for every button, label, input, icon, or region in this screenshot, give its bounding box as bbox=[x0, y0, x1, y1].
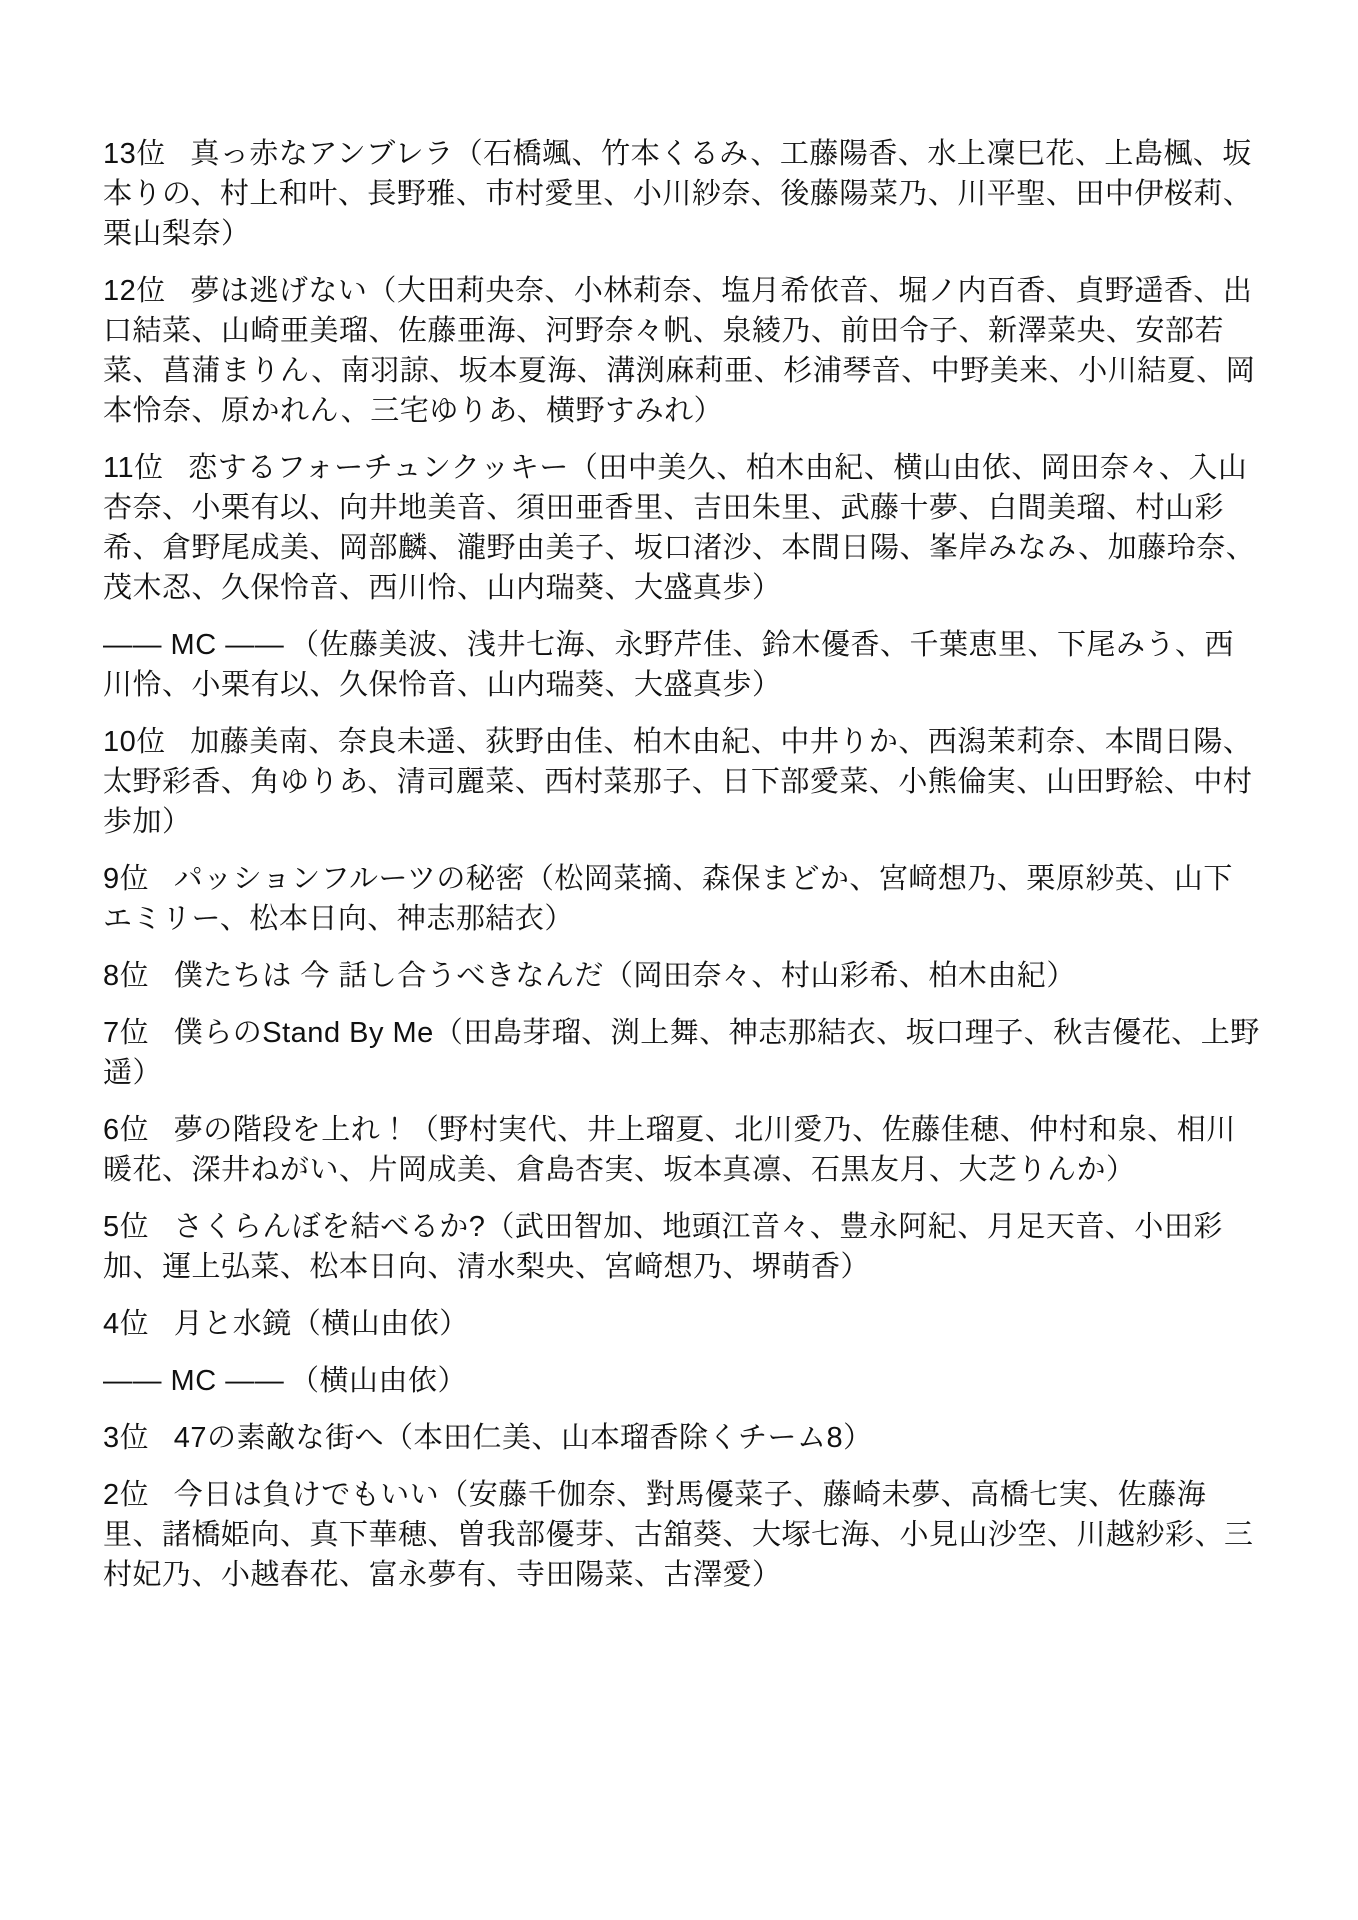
entry-rank-label: 8位 bbox=[103, 960, 149, 992]
entry-text: 真っ赤なアンブレラ（石橋颯、竹本くるみ、工藤陽香、水上凜巳花、上島楓、坂本りの、… bbox=[103, 138, 1252, 250]
ranking-entry: 12位夢は逃げない（大田莉央奈、小林莉奈、塩月希依音、堀ノ内百香、貞野遥香、出口… bbox=[103, 271, 1260, 431]
entry-rank-label: —— MC —— bbox=[103, 629, 284, 661]
entry-rank-label: 10位 bbox=[103, 726, 166, 758]
entry-rank-label: 5位 bbox=[103, 1211, 149, 1243]
ranking-entry: 3位47の素敵な街へ（本田仁美、山本瑠香除くチーム8） bbox=[103, 1418, 1260, 1458]
entry-rank-label: 12位 bbox=[103, 275, 166, 307]
ranking-entry: 13位真っ赤なアンブレラ（石橋颯、竹本くるみ、工藤陽香、水上凜巳花、上島楓、坂本… bbox=[103, 134, 1260, 254]
entry-text: 僕らのStand By Me（田島芽瑠、渕上舞、神志那結衣、坂口理子、秋吉優花、… bbox=[103, 1017, 1260, 1089]
entry-rank-label: 13位 bbox=[103, 138, 166, 170]
entry-rank-label: 4位 bbox=[103, 1308, 149, 1340]
ranking-entry: 8位僕たちは 今 話し合うべきなんだ（岡田奈々、村山彩希、柏木由紀） bbox=[103, 956, 1260, 996]
entry-rank-label: 3位 bbox=[103, 1422, 149, 1454]
ranking-entry: 6位夢の階段を上れ！（野村実代、井上瑠夏、北川愛乃、佐藤佳穂、仲村和泉、相川暖花… bbox=[103, 1110, 1260, 1190]
entry-text: パッションフルーツの秘密（松岡菜摘、森保まどか、宮﨑想乃、栗原紗英、山下エミリー… bbox=[103, 863, 1233, 935]
entry-rank-label: 11位 bbox=[103, 452, 164, 484]
entry-text: 僕たちは 今 話し合うべきなんだ（岡田奈々、村山彩希、柏木由紀） bbox=[174, 960, 1076, 992]
entry-text: 夢の階段を上れ！（野村実代、井上瑠夏、北川愛乃、佐藤佳穂、仲村和泉、相川暖花、深… bbox=[103, 1114, 1236, 1186]
ranking-list: 13位真っ赤なアンブレラ（石橋颯、竹本くるみ、工藤陽香、水上凜巳花、上島楓、坂本… bbox=[103, 134, 1260, 1595]
entry-text: 47の素敵な街へ（本田仁美、山本瑠香除くチーム8） bbox=[174, 1422, 873, 1454]
ranking-entry: 9位パッションフルーツの秘密（松岡菜摘、森保まどか、宮﨑想乃、栗原紗英、山下エミ… bbox=[103, 859, 1260, 939]
entry-rank-label: 9位 bbox=[103, 863, 149, 895]
entry-text: 加藤美南、奈良未遥、荻野由佳、柏木由紀、中井りか、西潟茉莉奈、本間日陽、太野彩香… bbox=[103, 726, 1252, 838]
entry-text: 恋するフォーチュンクッキー（田中美久、柏木由紀、横山由依、岡田奈々、入山杏奈、小… bbox=[103, 452, 1255, 604]
document-page: 13位真っ赤なアンブレラ（石橋颯、竹本くるみ、工藤陽香、水上凜巳花、上島楓、坂本… bbox=[0, 0, 1358, 1920]
entry-text: 今日は負けでもいい（安藤千伽奈、對馬優菜子、藤崎未夢、高橋七実、佐藤海里、諸橋姫… bbox=[103, 1479, 1254, 1591]
entry-text: さくらんぼを結べるか?（武田智加、地頭江音々、豊永阿紀、月足天音、小田彩加、運上… bbox=[103, 1211, 1223, 1283]
ranking-entry: 11位恋するフォーチュンクッキー（田中美久、柏木由紀、横山由依、岡田奈々、入山杏… bbox=[103, 448, 1260, 608]
entry-text: 月と水鏡（横山由依） bbox=[174, 1308, 469, 1340]
ranking-entry: 2位今日は負けでもいい（安藤千伽奈、對馬優菜子、藤崎未夢、高橋七実、佐藤海里、諸… bbox=[103, 1475, 1260, 1595]
ranking-entry: 10位加藤美南、奈良未遥、荻野由佳、柏木由紀、中井りか、西潟茉莉奈、本間日陽、太… bbox=[103, 722, 1260, 842]
entry-rank-label: —— MC —— bbox=[103, 1365, 284, 1397]
mc-entry: —— MC ——（横山由依） bbox=[103, 1361, 1260, 1401]
mc-entry: —— MC ——（佐藤美波、浅井七海、永野芹佳、鈴木優香、千葉恵里、下尾みう、西… bbox=[103, 625, 1260, 705]
entry-rank-label: 7位 bbox=[103, 1017, 149, 1049]
ranking-entry: 7位僕らのStand By Me（田島芽瑠、渕上舞、神志那結衣、坂口理子、秋吉優… bbox=[103, 1013, 1260, 1093]
entry-rank-label: 2位 bbox=[103, 1479, 149, 1511]
ranking-entry: 5位さくらんぼを結べるか?（武田智加、地頭江音々、豊永阿紀、月足天音、小田彩加、… bbox=[103, 1207, 1260, 1287]
ranking-entry: 4位月と水鏡（横山由依） bbox=[103, 1304, 1260, 1344]
entry-text: 夢は逃げない（大田莉央奈、小林莉奈、塩月希依音、堀ノ内百香、貞野遥香、出口結菜、… bbox=[103, 275, 1255, 427]
entry-rank-label: 6位 bbox=[103, 1114, 149, 1146]
entry-text: （横山由依） bbox=[290, 1365, 467, 1397]
